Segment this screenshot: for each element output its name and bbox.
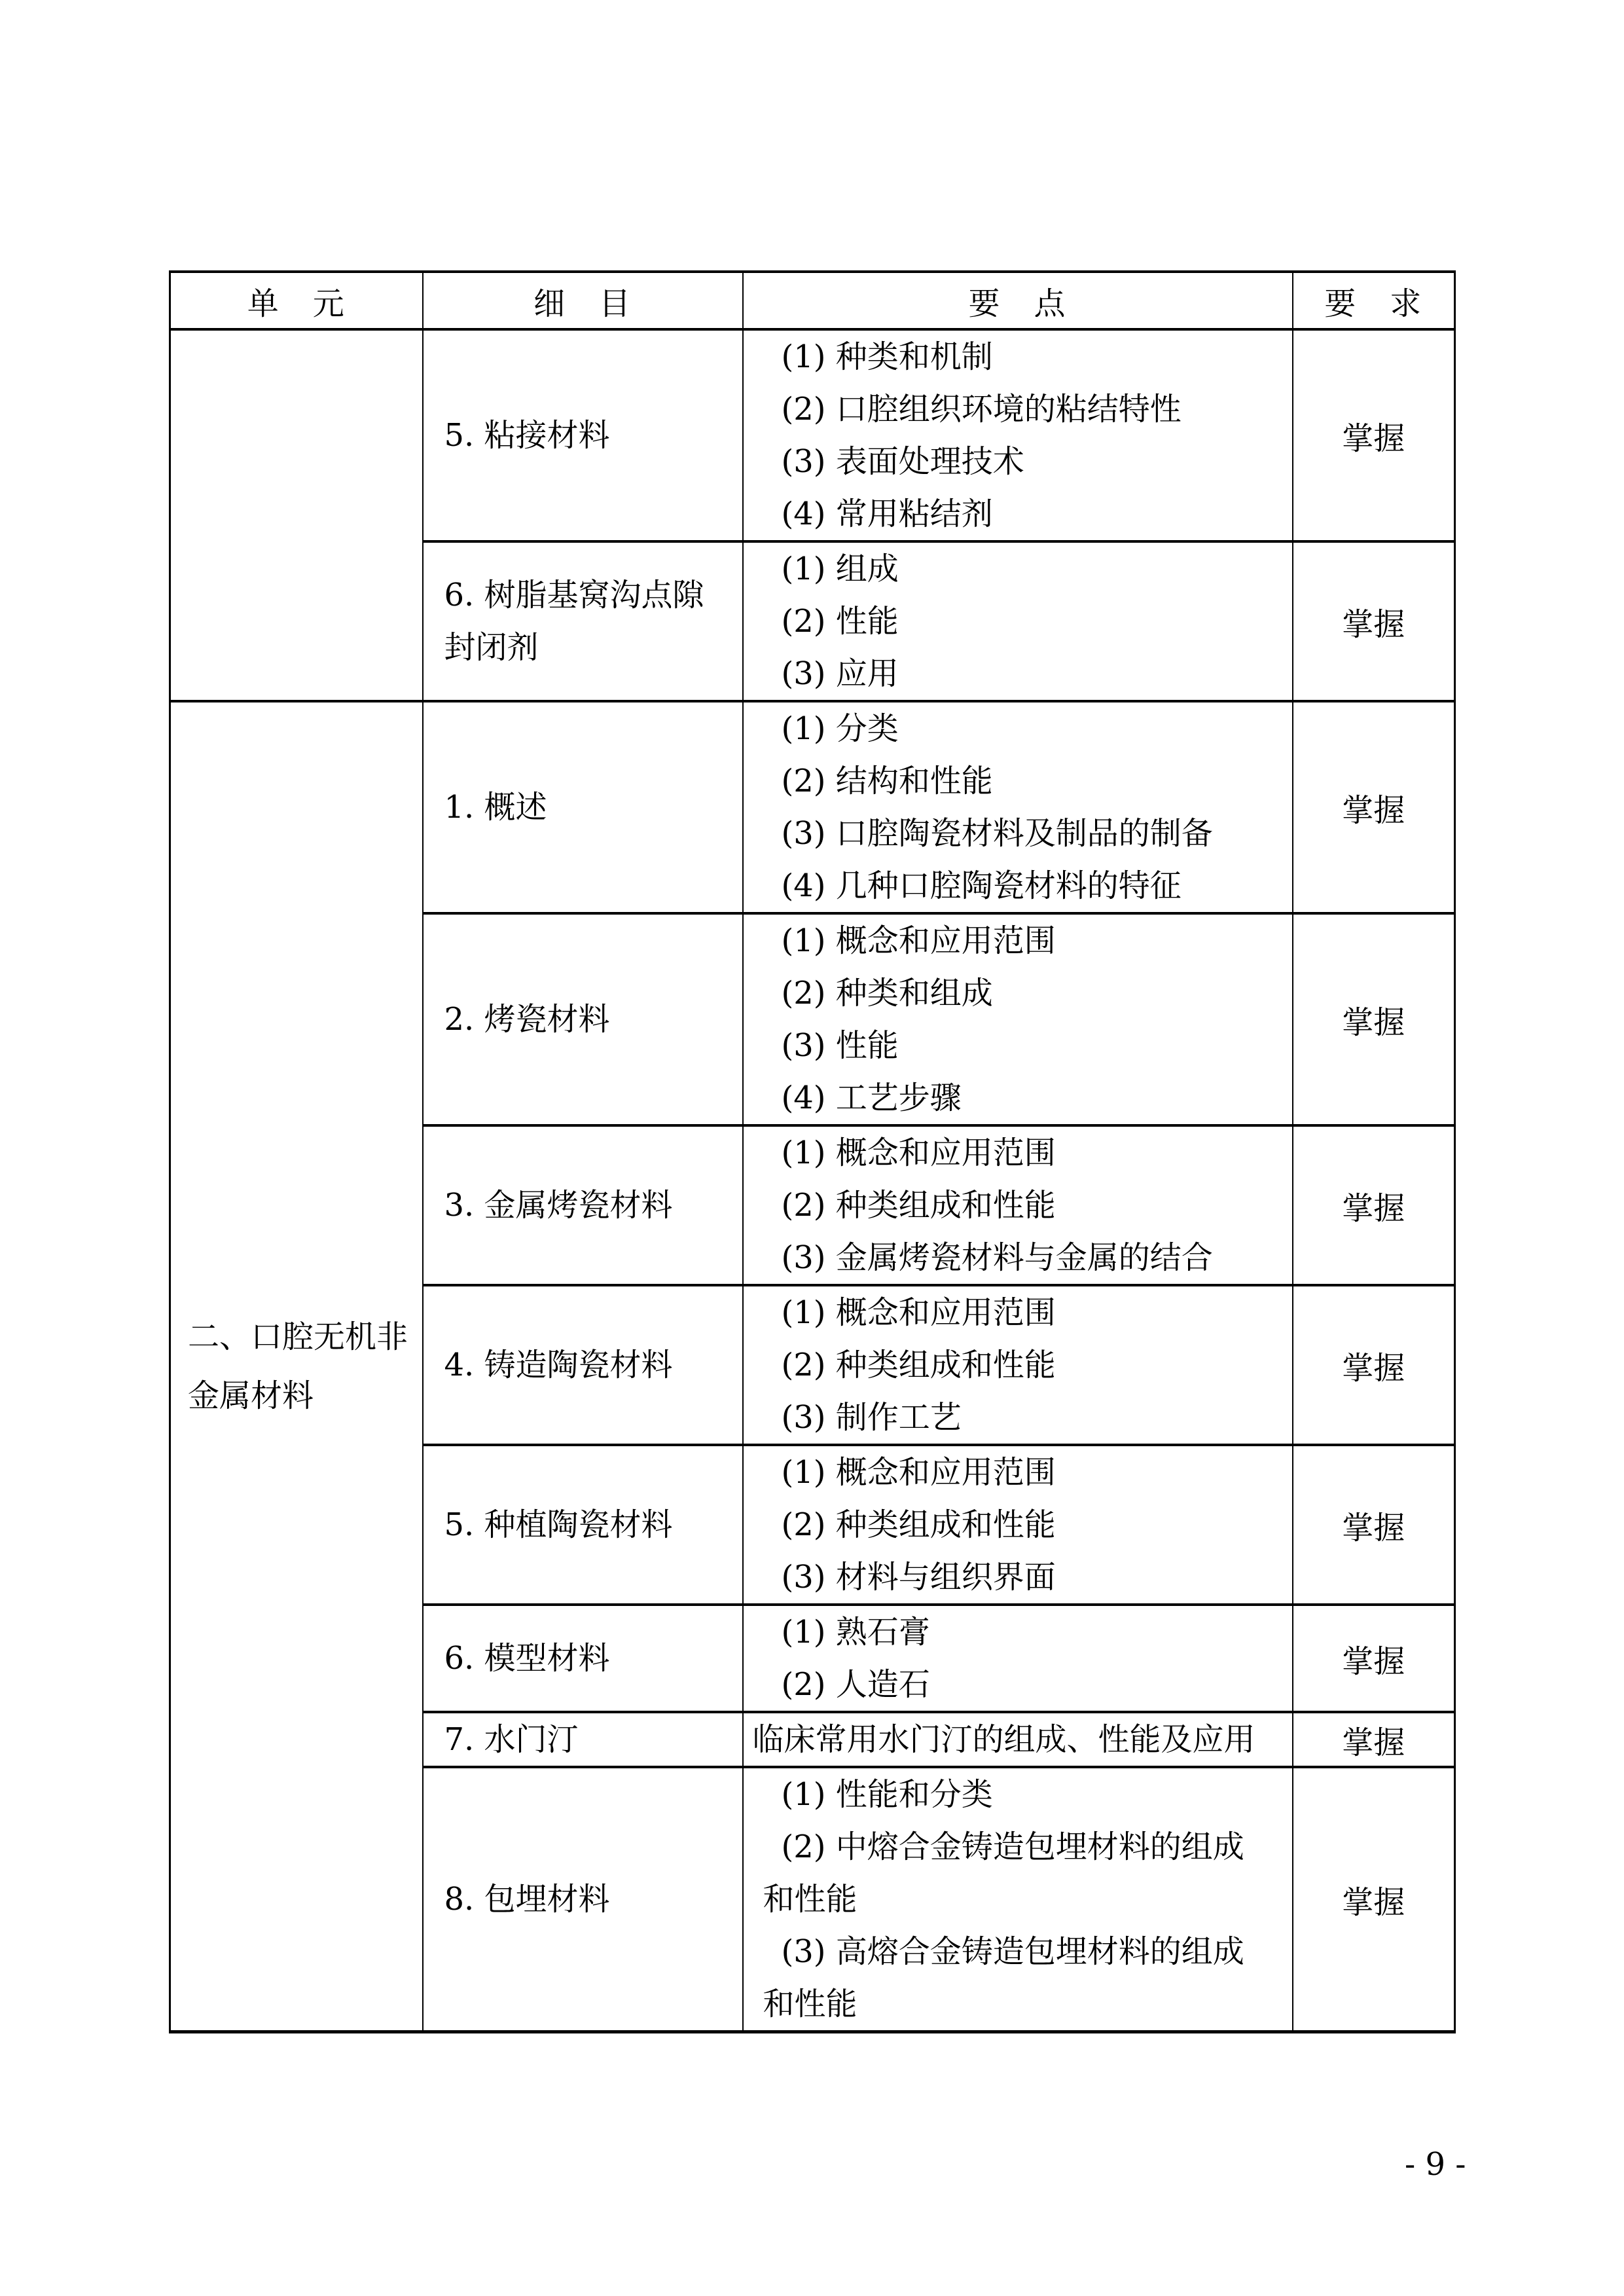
points-cell: (1) 概念和应用范围(2) 种类组成和性能(3) 材料与组织界面 — [743, 1445, 1293, 1605]
point-item: (2) 口腔组织环境的粘结特性 — [763, 383, 1253, 435]
header-row: 单 元 细 目 要 点 要 求 — [170, 272, 1455, 329]
requirement-cell: 掌握 — [1293, 701, 1455, 913]
detail-cell: 4. 铸造陶瓷材料 — [423, 1285, 743, 1445]
point-item: (2) 中熔合金铸造包埋材料的组成 和性能 — [763, 1821, 1253, 1925]
point-item: (2) 种类组成和性能 — [763, 1179, 1253, 1231]
requirement-cell: 掌握 — [1293, 541, 1455, 701]
unit-cell — [170, 329, 423, 701]
point-item: (1) 性能和分类 — [763, 1768, 1253, 1821]
syllabus-table-body: 5. 粘接材料(1) 种类和机制(2) 口腔组织环境的粘结特性(3) 表面处理技… — [170, 329, 1455, 2032]
detail-cell: 1. 概述 — [423, 701, 743, 913]
detail-cell: 8. 包埋材料 — [423, 1767, 743, 2032]
requirement-cell: 掌握 — [1293, 1445, 1455, 1605]
point-item: (3) 高熔合金铸造包埋材料的组成 和性能 — [763, 1925, 1253, 2030]
point-item: (4) 常用粘结剂 — [763, 488, 1253, 540]
point-item: (1) 种类和机制 — [763, 331, 1253, 383]
point-item: (2) 性能 — [763, 595, 1253, 647]
point-item: (2) 种类组成和性能 — [763, 1499, 1253, 1551]
requirement-cell: 掌握 — [1293, 329, 1455, 541]
point-item: (1) 概念和应用范围 — [763, 1127, 1253, 1179]
table-row: 二、口腔无机非 金属材料1. 概述(1) 分类(2) 结构和性能(3) 口腔陶瓷… — [170, 701, 1455, 913]
header-points: 要 点 — [743, 272, 1293, 329]
point-item: (3) 口腔陶瓷材料及制品的制备 — [763, 807, 1253, 860]
point-item: (3) 性能 — [763, 1019, 1253, 1072]
requirement-cell: 掌握 — [1293, 1605, 1455, 1712]
requirement-cell: 掌握 — [1293, 1285, 1455, 1445]
point-item: (3) 金属烤瓷材料与金属的结合 — [763, 1231, 1253, 1284]
point-item: 临床常用水门汀的组成、性能及应用 — [753, 1713, 1290, 1766]
detail-cell: 6. 模型材料 — [423, 1605, 743, 1712]
table-row: 5. 粘接材料(1) 种类和机制(2) 口腔组织环境的粘结特性(3) 表面处理技… — [170, 329, 1455, 541]
point-item: (1) 熟石膏 — [763, 1606, 1253, 1658]
point-item: (1) 概念和应用范围 — [763, 915, 1253, 967]
points-cell: 临床常用水门汀的组成、性能及应用 — [743, 1712, 1293, 1767]
detail-cell: 7. 水门汀 — [423, 1712, 743, 1767]
point-item: (2) 种类组成和性能 — [763, 1339, 1253, 1391]
header-detail: 细 目 — [423, 272, 743, 329]
point-item: (2) 人造石 — [763, 1658, 1253, 1711]
point-item: (3) 材料与组织界面 — [763, 1551, 1253, 1603]
points-cell: (1) 概念和应用范围(2) 种类组成和性能(3) 金属烤瓷材料与金属的结合 — [743, 1125, 1293, 1285]
header-unit: 单 元 — [170, 272, 423, 329]
document-page: 单 元 细 目 要 点 要 求 5. 粘接材料(1) 种类和机制(2) 口腔组织… — [0, 0, 1624, 2296]
requirement-cell: 掌握 — [1293, 913, 1455, 1125]
syllabus-table: 单 元 细 目 要 点 要 求 5. 粘接材料(1) 种类和机制(2) 口腔组织… — [169, 270, 1456, 2033]
detail-cell: 2. 烤瓷材料 — [423, 913, 743, 1125]
point-item: (3) 应用 — [763, 647, 1253, 700]
points-cell: (1) 分类(2) 结构和性能(3) 口腔陶瓷材料及制品的制备(4) 几种口腔陶… — [743, 701, 1293, 913]
requirement-cell: 掌握 — [1293, 1125, 1455, 1285]
point-item: (1) 概念和应用范围 — [763, 1446, 1253, 1499]
detail-cell: 5. 种植陶瓷材料 — [423, 1445, 743, 1605]
points-cell: (1) 性能和分类(2) 中熔合金铸造包埋材料的组成 和性能(3) 高熔合金铸造… — [743, 1767, 1293, 2032]
requirement-cell: 掌握 — [1293, 1767, 1455, 2032]
header-requirement: 要 求 — [1293, 272, 1455, 329]
point-item: (2) 种类和组成 — [763, 967, 1253, 1019]
point-item: (4) 工艺步骤 — [763, 1072, 1253, 1124]
point-item: (1) 概念和应用范围 — [763, 1286, 1253, 1339]
detail-cell: 5. 粘接材料 — [423, 329, 743, 541]
points-cell: (1) 概念和应用范围(2) 种类组成和性能(3) 制作工艺 — [743, 1285, 1293, 1445]
detail-cell: 6. 树脂基窝沟点隙 封闭剂 — [423, 541, 743, 701]
point-item: (4) 几种口腔陶瓷材料的特征 — [763, 860, 1253, 912]
detail-cell: 3. 金属烤瓷材料 — [423, 1125, 743, 1285]
point-item: (1) 分类 — [763, 702, 1253, 755]
unit-cell: 二、口腔无机非 金属材料 — [170, 701, 423, 2032]
point-item: (3) 制作工艺 — [763, 1391, 1253, 1444]
points-cell: (1) 种类和机制(2) 口腔组织环境的粘结特性(3) 表面处理技术(4) 常用… — [743, 329, 1293, 541]
points-cell: (1) 组成(2) 性能(3) 应用 — [743, 541, 1293, 701]
points-cell: (1) 概念和应用范围(2) 种类和组成(3) 性能(4) 工艺步骤 — [743, 913, 1293, 1125]
requirement-cell: 掌握 — [1293, 1712, 1455, 1767]
points-cell: (1) 熟石膏(2) 人造石 — [743, 1605, 1293, 1712]
point-item: (1) 组成 — [763, 543, 1253, 595]
page-number: - 9 - — [1405, 2149, 1466, 2180]
point-item: (3) 表面处理技术 — [763, 435, 1253, 488]
point-item: (2) 结构和性能 — [763, 755, 1253, 807]
